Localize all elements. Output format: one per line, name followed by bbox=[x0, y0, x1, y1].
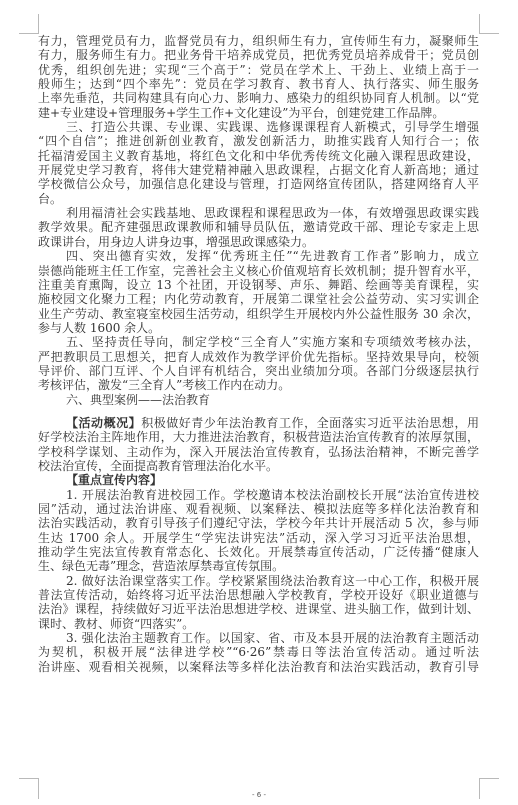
text-line: 开展党史学习教育，将伟大建党精神融入思政课程，占据文化育人新高地；通过 bbox=[38, 163, 479, 177]
document-page: 有力，管理党员有力，监督党员有力，组织师生有力，宣传师生有力，凝聚师生有力，服务… bbox=[0, 0, 518, 805]
text-line: 3. 强化法治主题教育工作。以国家、省、市及本县开展的法治教育主题活动 bbox=[38, 631, 479, 645]
text-line: 法治实践活动，教育引导孩子们遵纪守法，学校今年共计开展活动 5 次，参与师 bbox=[38, 516, 479, 530]
text-line: 优秀，组织创先进；实现“三个高于”：党员在学术上、干劲上、业绩上高于一 bbox=[38, 63, 479, 77]
text-line: 托福清爱国主义教育基地，将红色文化和中华优秀传统文化融入课程思政建设， bbox=[38, 149, 479, 163]
text-line: 有力，服务师生有力。把业务骨干培养成党员，把优秀党员培养成骨干；党员创 bbox=[38, 48, 479, 62]
text-line: 严把教职员工思想关，把育人成效作为教学评价优先指标。坚持效果导向，校领 bbox=[38, 350, 479, 364]
text-line: 生、绿色无毒”理念，营造浓厚禁毒宣传氛围。 bbox=[38, 559, 479, 573]
text-line: 2. 做好法治课堂落实工作。学校紧紧围绕法治教育这一中心工作，积极开展 bbox=[38, 574, 479, 588]
section-label: 【重点宣传内容】 bbox=[66, 473, 162, 487]
text-line: 建+专业建设+管理服务+学生工作+文化建设”为平台，创建党建工作品牌。 bbox=[38, 106, 479, 120]
text-line: 台。 bbox=[38, 192, 479, 206]
text-line: 1. 开展法治教育进校园工作。学校邀请本校法治副校长开展“法治宣传进校 bbox=[38, 488, 479, 502]
page-number: - 6 - bbox=[0, 791, 518, 799]
text-line: 教学效果。配齐建强思政课教师和辅导员队伍，邀请党政干部、理论专家走上思 bbox=[38, 220, 479, 234]
text-line: 学校微信公众号，加强信息化建设与管理，打造网络宣传团队，搭建网络育人平 bbox=[38, 177, 479, 191]
text-line: 导评价、部门互评、个人自评有机结合，突出业绩加分项。各部门分级逐层执行 bbox=[38, 364, 479, 378]
paragraph-gap bbox=[38, 407, 479, 416]
text-line: 崇德尚能班主任工作室，完善社会主义核心价值观培育长效机制；提升智育水平， bbox=[38, 264, 479, 278]
text-line: 有力，管理党员有力，监督党员有力，组织师生有力，宣传师生有力，凝聚师生 bbox=[38, 34, 479, 48]
text-line: 注重美育熏陶，设立 13 个社团，开设钢琴、声乐、舞蹈、绘画等美育课程，实 bbox=[38, 278, 479, 292]
text-line: 般师生；达到“四个率先”：党员在学习教育、教书育人、执行落实、师生服务 bbox=[38, 77, 479, 91]
top-left-margin-mark bbox=[19, 14, 39, 34]
text-line: 好学校法治主阵地作用，大力推进法治教育，积极营造法治宣传教育的浓厚氛围， bbox=[38, 430, 479, 444]
text-line: 利用福清社会实践基地、思政课程和课程思政为一体，有效增强思政课实践 bbox=[38, 206, 479, 220]
text-line: 上率先垂范，共同构建具有向心力、影响力、感染力的组织协同育人机制。以“党 bbox=[38, 91, 479, 105]
text-line: 【重点宣传内容】 bbox=[38, 473, 479, 487]
text-line: 业生产劳动、教室寝室校园生活劳动，组织学生开展校内外公益性服务 30 余次， bbox=[38, 307, 479, 321]
text-line: 法治》课程，持续做好习近平法治思想进学校、进课堂、进头脑工作，做到计划、 bbox=[38, 602, 479, 616]
text-line: 生达 1700 余人。开展学生“学宪法讲宪法”活动，深入学习习近平法治思想， bbox=[38, 531, 479, 545]
text-line: 四、突出德育实效，发挥“优秀班主任”“先进教育工作者”影响力，成立 bbox=[38, 249, 479, 263]
text-line: 治讲座、观看相关视频，以案释法等多样化法治教育和法治实践活动，教育引导 bbox=[38, 660, 479, 674]
document-body: 有力，管理党员有力，监督党员有力，组织师生有力，宣传师生有力，凝聚师生有力，服务… bbox=[38, 34, 479, 674]
text-line: 三、打造公共课、专业课、实践课、选修课课程育人新模式，引导学生增强 bbox=[38, 120, 479, 134]
section-label: 【活动概况】 bbox=[66, 416, 141, 430]
text-line: “四个自信”；推进创新创业教育，激发创新活力，助推实践育人知行合一；依 bbox=[38, 134, 479, 148]
text-line: 推动学生宪法宣传教育常态化、长效化。开展禁毒宣传活动，广泛传播“健康人 bbox=[38, 545, 479, 559]
text-line: 政课讲台，用身边人讲身边事，增强思政课感染力。 bbox=[38, 235, 479, 249]
text-line: 五、坚持责任导向，制定学校“三全育人”实施方案和专项绩效考核办法， bbox=[38, 335, 479, 349]
text-line: 施校园文化聚力工程；内化劳动教育，开展第二课堂社会公益劳动、实习实训企 bbox=[38, 292, 479, 306]
top-right-margin-mark bbox=[479, 14, 499, 34]
text-line: 参与人数 1600 余人。 bbox=[38, 321, 479, 335]
text-line: 考核评估，激发“三全育人”考核工作内在动力。 bbox=[38, 378, 479, 392]
text-line: 六、典型案例——法治教育 bbox=[38, 393, 479, 407]
text-line: 课时、教材、师资“四落实”。 bbox=[38, 617, 479, 631]
text-line: 为契机，积极开展“法律进学校”“6·26”禁毒日等法治宣传活动。通过听法 bbox=[38, 645, 479, 659]
text-line: 校法治宣传，全面提高教育管理法治化水平。 bbox=[38, 459, 479, 473]
text-line: 【活动概况】积极做好青少年法治教育工作，全面落实习近平法治思想，用 bbox=[38, 416, 479, 430]
text-line: 园”活动，通过法治讲座、观看视频、以案释法、模拟法庭等多样化法治教育和 bbox=[38, 502, 479, 516]
text-line: 学校科学谋划、主动作为，深入开展法治宣传教育，弘扬法治精神，不断完善学 bbox=[38, 445, 479, 459]
text-line: 普法宣传活动，始终将习近平法治思想融入学校教育，学校开设好《职业道德与 bbox=[38, 588, 479, 602]
